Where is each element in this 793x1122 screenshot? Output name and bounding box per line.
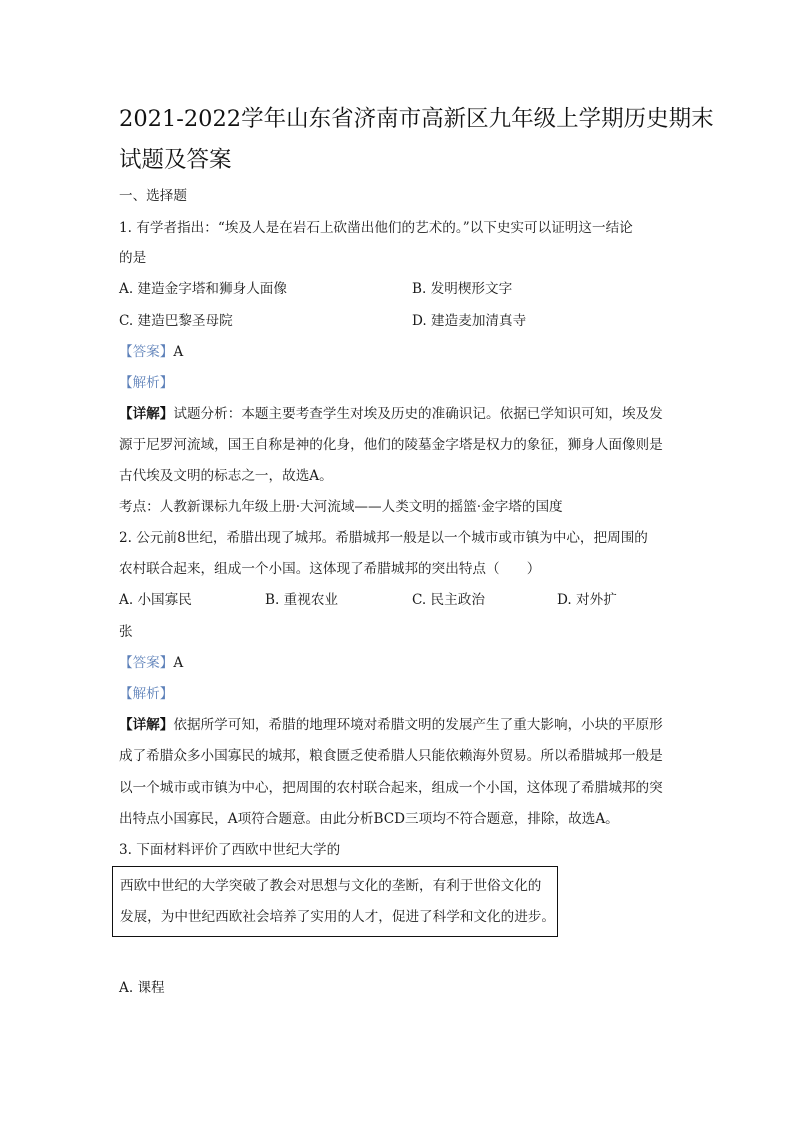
document-title-line-1: 2021-2022学年山东省济南市高新区九年级上学期历史期末 xyxy=(119,105,714,133)
q2-option-b: B. 重视农业 xyxy=(265,591,338,609)
q2-stem-line-2: 农村联合起来，组成一个小国。这体现了希腊城邦的突出特点（ ） xyxy=(119,560,540,578)
q1-detail-line-3: 古代埃及文明的标志之一，故选A。 xyxy=(119,467,333,485)
q1-analysis-heading: 【解析】 xyxy=(119,374,173,392)
q1-answer-value: A xyxy=(173,344,183,360)
q2-option-a: A. 小国寡民 xyxy=(119,591,192,609)
q1-kaodian: 考点：人教新课标九年级上册·大河流域——人类文明的摇篮·金字塔的国度 xyxy=(119,498,563,516)
q3-material-line-1: 西欧中世纪的大学突破了教会对思想与文化的垄断，有利于世俗文化的 xyxy=(120,877,541,895)
q1-stem-line-2: 的是 xyxy=(119,249,146,267)
q3-stem-line-1: 3. 下面材料评价了西欧中世纪大学的 xyxy=(119,841,340,859)
q2-analysis-heading: 【解析】 xyxy=(119,685,173,703)
answer-label: 【答案】 xyxy=(119,655,173,671)
q1-option-b: B. 发明楔形文字 xyxy=(412,280,512,298)
document-title-line-2: 试题及答案 xyxy=(119,146,232,174)
q1-option-d: D. 建造麦加清真寺 xyxy=(412,312,526,330)
q2-detail-line-4: 出特点小国寡民，A项符合题意。由此分析BCD三项均不符合题意，排除，故选A。 xyxy=(119,810,619,828)
q1-detail-text-1: 试题分析：本题主要考查学生对埃及历史的准确识记。依据已学知识可知，埃及发 xyxy=(173,406,662,422)
q1-detail-line-1: 【详解】试题分析：本题主要考查学生对埃及历史的准确识记。依据已学知识可知，埃及发 xyxy=(119,405,663,423)
section-heading: 一、选择题 xyxy=(119,187,187,205)
q2-option-d: D. 对外扩 xyxy=(557,591,617,609)
q2-detail-text-1: 依据所学可知，希腊的地理环境对希腊文明的发展产生了重大影响，小块的平原形 xyxy=(173,717,662,733)
q1-answer: 【答案】A xyxy=(119,343,183,361)
q2-detail-line-3: 以一个城市或市镇为中心，把周围的农村联合起来，组成一个小国，这体现了希腊城邦的突 xyxy=(119,779,663,797)
q3-material-box: 西欧中世纪的大学突破了教会对思想与文化的垄断，有利于世俗文化的 发展，为中世纪西… xyxy=(112,866,558,937)
q2-stem-line-1: 2. 公元前8世纪，希腊出现了城邦。希腊城邦一般是以一个城市或市镇为中心，把周围… xyxy=(119,529,648,547)
document-page: 2021-2022学年山东省济南市高新区九年级上学期历史期末 试题及答案 一、选… xyxy=(0,0,793,1122)
detail-label: 【详解】 xyxy=(119,717,173,733)
answer-label: 【答案】 xyxy=(119,344,173,360)
q1-stem-line-1: 1. 有学者指出：“埃及人是在岩石上砍凿出他们的艺术的。”以下史实可以证明这一结… xyxy=(119,219,633,237)
q1-detail-line-2: 源于尼罗河流域，国王自称是神的化身，他们的陵墓金字塔是权力的象征，狮身人面像则是 xyxy=(119,436,663,454)
analysis-label: 【解析】 xyxy=(119,375,173,391)
detail-label: 【详解】 xyxy=(119,406,173,422)
q2-detail-line-1: 【详解】依据所学可知，希腊的地理环境对希腊文明的发展产生了重大影响，小块的平原形 xyxy=(119,716,663,734)
q3-material-line-2: 发展，为中世纪西欧社会培养了实用的人才，促进了科学和文化的进步。 xyxy=(120,908,555,926)
analysis-label: 【解析】 xyxy=(119,686,173,702)
q2-answer-value: A xyxy=(173,655,183,671)
q2-detail-line-2: 成了希腊众多小国寡民的城邦，粮食匮乏使希腊人只能依赖海外贸易。所以希腊城邦一般是 xyxy=(119,747,663,765)
q2-option-c: C. 民主政治 xyxy=(412,591,485,609)
q1-option-c: C. 建造巴黎圣母院 xyxy=(119,312,233,330)
q3-option-a: A. 课程 xyxy=(119,979,165,997)
q2-option-d-wrap: 张 xyxy=(119,623,133,641)
q1-option-a: A. 建造金字塔和狮身人面像 xyxy=(119,280,287,298)
q2-answer: 【答案】A xyxy=(119,654,183,672)
